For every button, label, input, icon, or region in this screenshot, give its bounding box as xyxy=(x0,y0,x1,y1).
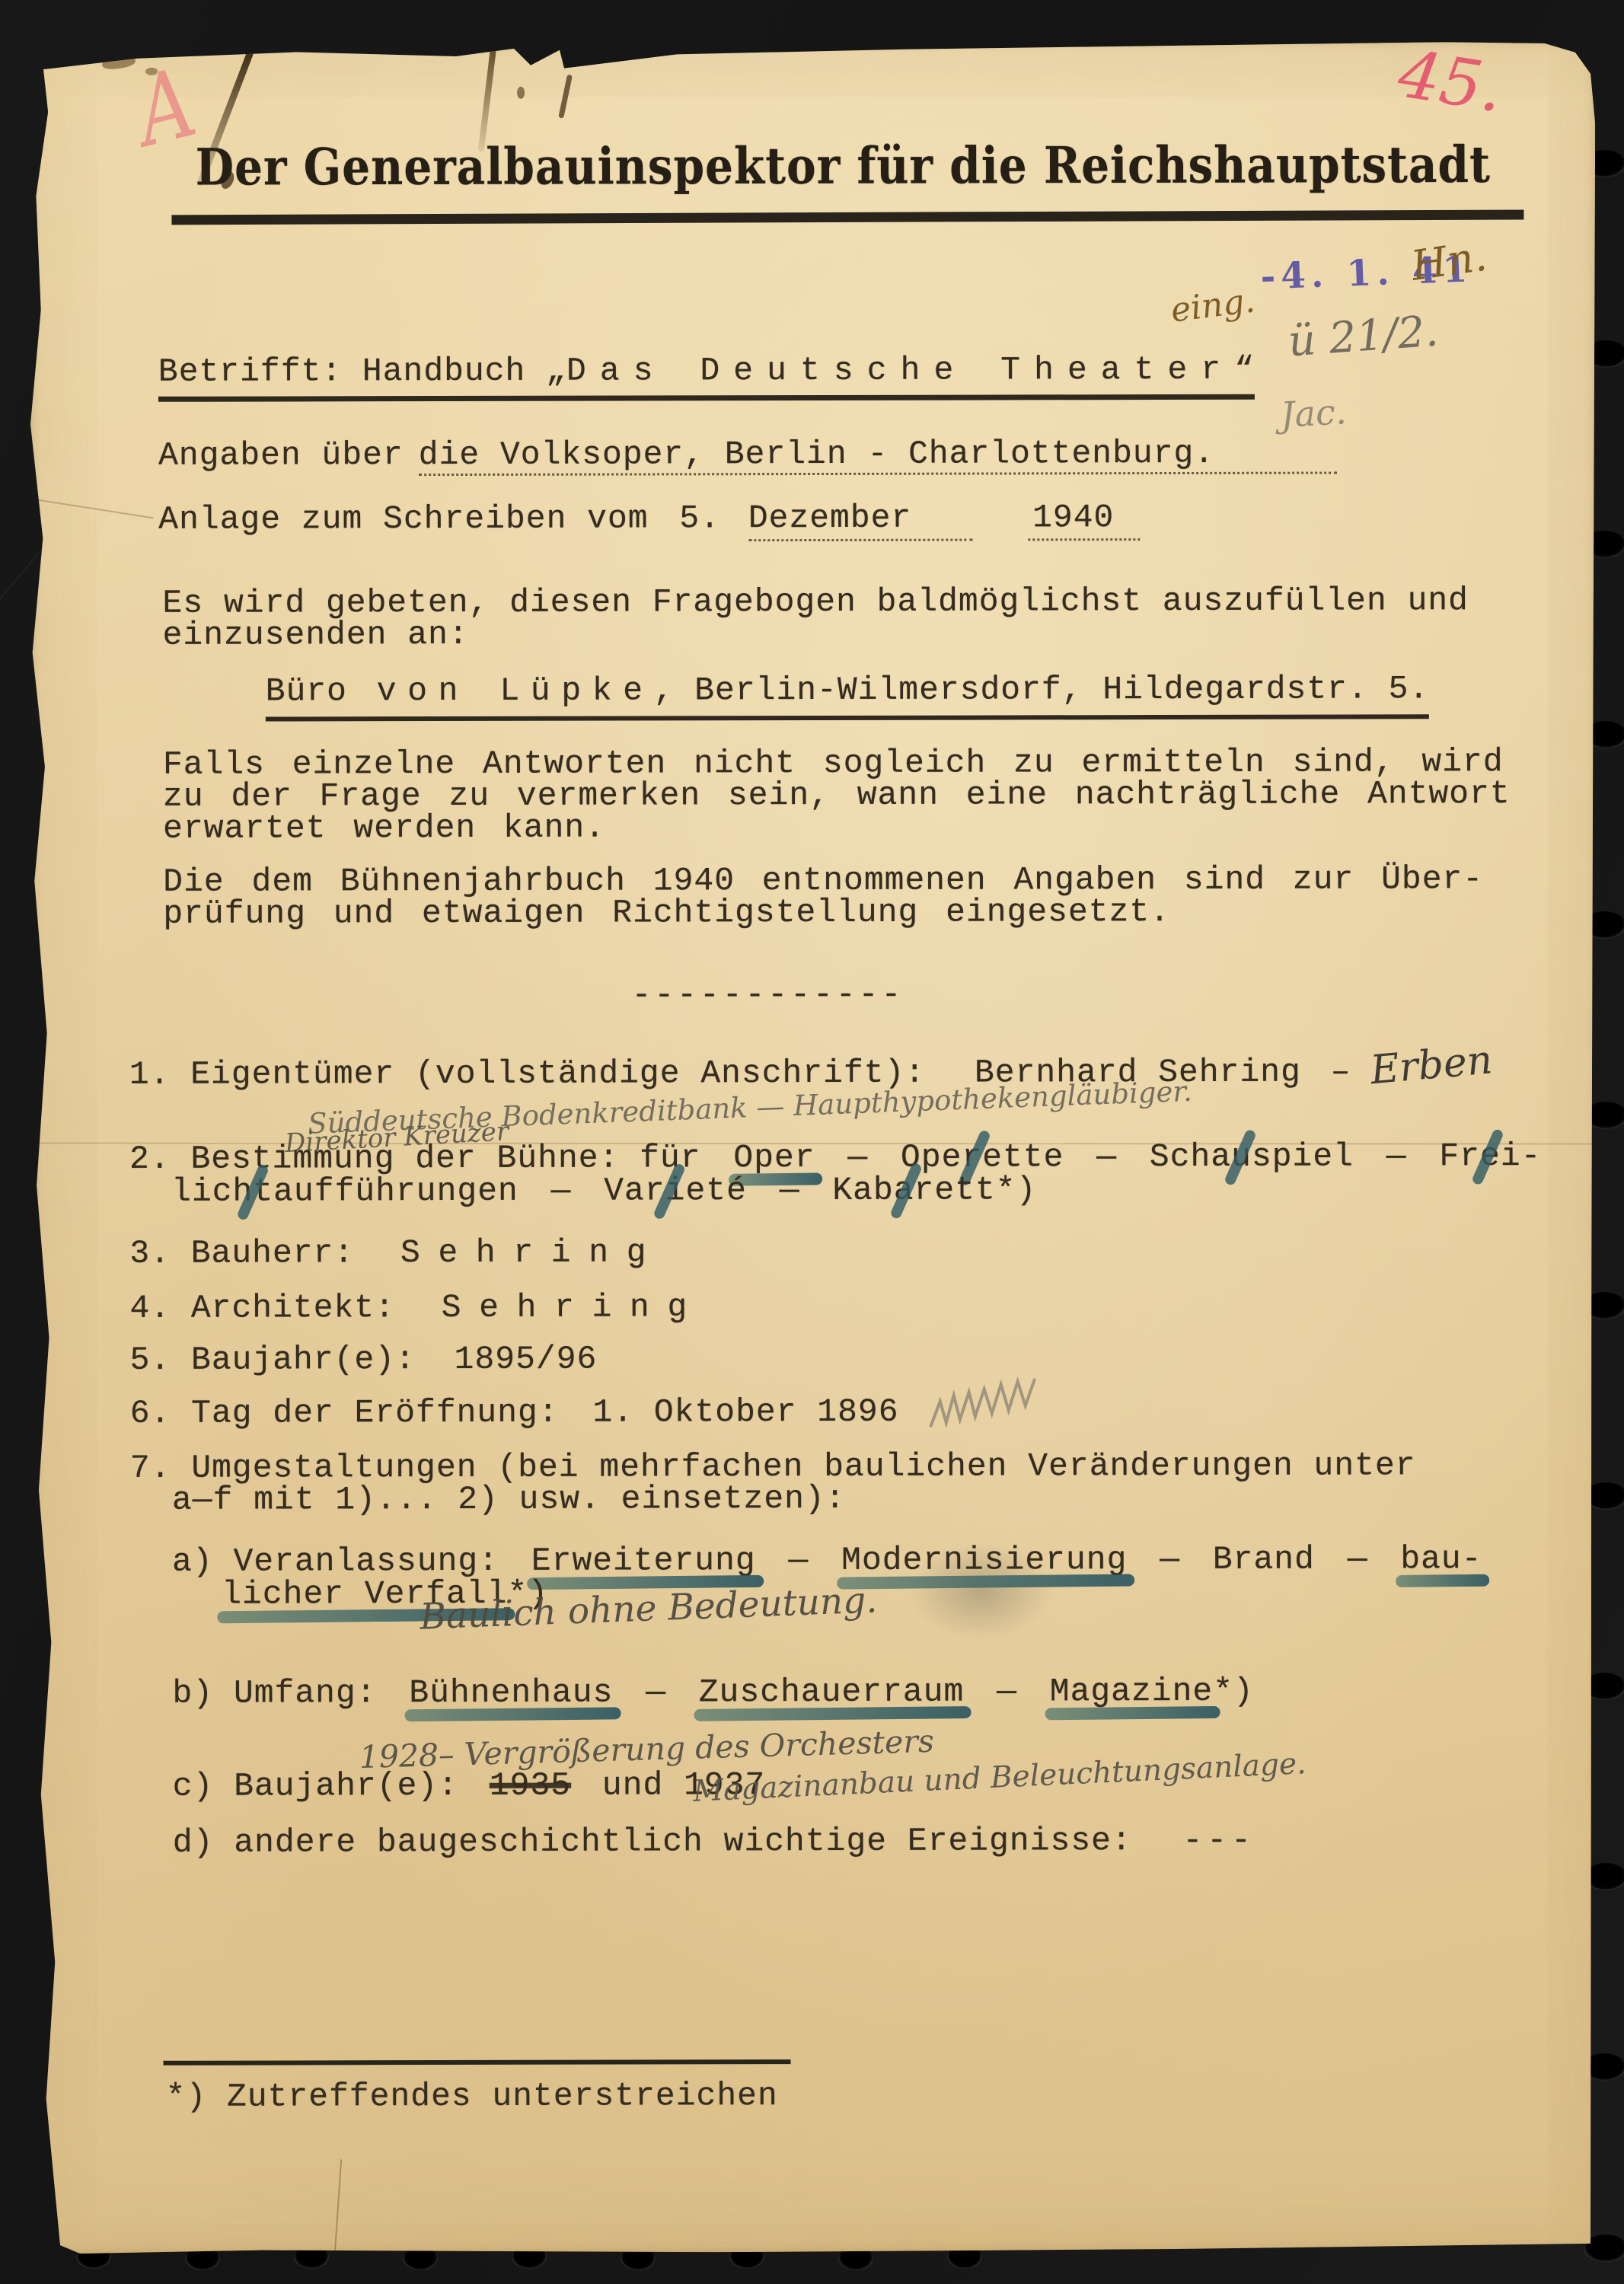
option-dash: — xyxy=(1160,1543,1180,1576)
question-7-label-line-2: a—f mit 1)... 2) usw. einsetzen): xyxy=(172,1481,1416,1515)
footnote-mark: *) xyxy=(1213,1673,1254,1710)
text-line: prüfung und etwaigen Richtigstellung ein… xyxy=(163,895,1483,930)
section-separator: ------------ xyxy=(632,978,905,1012)
option-dash: — xyxy=(997,1675,1017,1708)
text-line: Die dem Bühnenjahrbuch 1940 entnommenen … xyxy=(163,863,1483,898)
receipt-initials: Jac. xyxy=(1280,391,1348,435)
receipt-eingang-label: eing. xyxy=(1169,281,1257,330)
ink-stain xyxy=(478,44,497,152)
footnote-text: *) Zutreffendes unterstreichen xyxy=(166,2079,778,2113)
question-1-hand-answer: Erben xyxy=(1368,1037,1494,1093)
question-5-answer: 1895/96 xyxy=(455,1341,598,1378)
question-3: 3. Bauherr: Sehring xyxy=(129,1236,664,1269)
option-zuschauerraum: Zuschauerraum xyxy=(699,1676,965,1709)
option-oper: Oper xyxy=(733,1141,815,1174)
angaben-row: Angaben über die Volksoper, Berlin - Cha… xyxy=(158,437,1337,477)
ink-stain xyxy=(558,75,573,119)
option-schauspiel: Schauspiel xyxy=(1150,1140,1354,1174)
receipt-ref-note: ü 21/2. xyxy=(1287,306,1441,366)
letterhead-title: Der Generalbauinspektor für die Reichsha… xyxy=(98,139,1587,193)
paper-crease xyxy=(33,499,153,519)
option-dash: — xyxy=(551,1175,572,1207)
scan-background: 45. A Der Generalbauinspektor für die Re… xyxy=(0,0,1624,2284)
question-7c-label: c) Baujahr(e): xyxy=(173,1767,458,1805)
question-1-label: 1. Eigentümer (vollständige Anschrift): xyxy=(129,1054,925,1093)
option-dash: — xyxy=(1386,1140,1407,1172)
question-5: 5. Baujahr(e): 1895/96 xyxy=(130,1343,598,1376)
question-6-answer: 1. Oktober 1896 xyxy=(592,1393,898,1431)
letterhead-rule xyxy=(171,209,1523,225)
return-address-line: Büro von Lüpke, Berlin-Wilmersdorf, Hild… xyxy=(266,672,1430,721)
footnote-rule xyxy=(164,2059,791,2065)
pencil-scribble xyxy=(925,1372,1054,1440)
question-7c-struck-year: 1935 xyxy=(490,1767,571,1804)
intro-paragraph-1: Es wird gebeten, diesen Fragebogen baldm… xyxy=(162,584,1469,651)
receipt-paraph: Hn. xyxy=(1409,232,1490,290)
anlage-row: Anlage zum Schreiben vom 5. Dezember 194… xyxy=(158,501,1140,536)
option-modernisierung: Modernisierung xyxy=(841,1543,1127,1577)
option-dash: — xyxy=(1096,1140,1117,1173)
question-5-label: 5. Baujahr(e): xyxy=(130,1341,416,1379)
angaben-label: Angaben über xyxy=(158,439,404,472)
subject-line: Betrifft: Handbuch „Das Deutsche Theater… xyxy=(158,353,1255,402)
text-line: einzusenden an: xyxy=(163,616,1469,651)
intro-paragraph-2: Falls einzelne Antworten nicht sogleich … xyxy=(163,745,1511,844)
question-4-answer: Sehring xyxy=(442,1288,705,1326)
question-7c: c) Baujahr(e): 1935 und 1937 xyxy=(173,1769,766,1803)
text-line: erwartet werden kann. xyxy=(163,809,1511,844)
option-dash: — xyxy=(1348,1542,1368,1575)
question-1-dash: – xyxy=(1331,1054,1351,1091)
address-buero: Büro xyxy=(266,672,347,710)
folio-number: 45. xyxy=(1393,36,1508,127)
text-line: Es wird gebeten, diesen Fragebogen baldm… xyxy=(162,584,1469,619)
intro-paragraph-3: Die dem Bühnenjahrbuch 1940 entnommenen … xyxy=(163,863,1483,930)
paper-crease xyxy=(334,2159,343,2255)
anlage-year-field: 1940 xyxy=(1028,499,1140,541)
question-6: 6. Tag der Eröffnung: 1. Oktober 1896 xyxy=(130,1396,899,1430)
text-line: zu der Frage zu vermerken sein, wann ein… xyxy=(163,777,1511,812)
option-buehnenhaus: Bühnenhaus xyxy=(409,1676,613,1710)
option-kabarett: Kabarett xyxy=(832,1174,996,1207)
option-brand: Brand xyxy=(1213,1543,1315,1576)
question-7d-answer: --- xyxy=(1182,1822,1255,1859)
question-7-label-line-1: 7. Umgestaltungen (bei mehrfachen baulic… xyxy=(130,1449,1416,1484)
option-bau: bau- xyxy=(1400,1542,1482,1575)
question-7: 7. Umgestaltungen (bei mehrfachen baulic… xyxy=(130,1449,1416,1516)
option-dash: — xyxy=(646,1676,666,1708)
betrifft-closing-quote: “ xyxy=(1234,351,1255,388)
address-city: , Berlin-Wilmersdorf, Hildegardstr. 5. xyxy=(654,670,1430,709)
question-2-line-1: 2. Bestimmung der Bühne: für Oper — Oper… xyxy=(129,1140,1541,1175)
question-3-answer: Sehring xyxy=(400,1233,664,1271)
option-magazine: Magazine xyxy=(1050,1675,1214,1708)
option-dash: — xyxy=(780,1174,800,1207)
angaben-fill-field: die Volksoper, Berlin - Charlottenburg. xyxy=(419,437,1337,477)
question-7d: d) andere baugeschichtlich wichtige Erei… xyxy=(173,1824,1255,1859)
question-7b-label: b) Umfang: xyxy=(172,1674,376,1712)
anlage-month-field: Dezember xyxy=(748,499,973,542)
option-frei: Frei- xyxy=(1439,1140,1541,1172)
anlage-day: 5. xyxy=(679,499,720,537)
address-name: von Lüpke xyxy=(377,671,654,710)
betrifft-title: Das Deutsche Theater xyxy=(566,351,1234,390)
option-variete: Varieté xyxy=(604,1174,747,1207)
option-erweiterung: Erweiterung xyxy=(531,1544,756,1577)
option-operette: Operette xyxy=(901,1140,1064,1173)
option-dash: — xyxy=(788,1544,809,1577)
footnote-mark: *) xyxy=(996,1171,1037,1208)
question-7d-label: d) andere baugeschichtlich wichtige Erei… xyxy=(173,1822,1132,1861)
option-dash: — xyxy=(847,1141,868,1174)
question-7a-line-1: a) Veranlassung: Erweiterung — Modernisi… xyxy=(172,1542,1482,1578)
question-4: 4. Architekt: Sehring xyxy=(129,1290,705,1325)
question-3-label: 3. Bauherr: xyxy=(129,1234,354,1272)
question-7b: b) Umfang: Bühnenhaus — Zuschauerraum — … xyxy=(172,1675,1253,1710)
question-4-label: 4. Architekt: xyxy=(129,1289,395,1327)
option-lichtauffuehrungen: lichtaufführungen xyxy=(171,1175,518,1208)
anlage-label: Anlage zum Schreiben vom xyxy=(158,499,648,538)
question-2-line-2: lichtaufführungen — Varieté — Kabarett*) xyxy=(171,1173,1036,1207)
betrifft-prefix: Betrifft: Handbuch „ xyxy=(158,352,566,391)
question-6-label: 6. Tag der Eröffnung: xyxy=(130,1394,559,1432)
document-sheet: 45. A Der Generalbauinspektor für die Re… xyxy=(30,40,1600,2254)
ink-stain xyxy=(517,87,525,99)
